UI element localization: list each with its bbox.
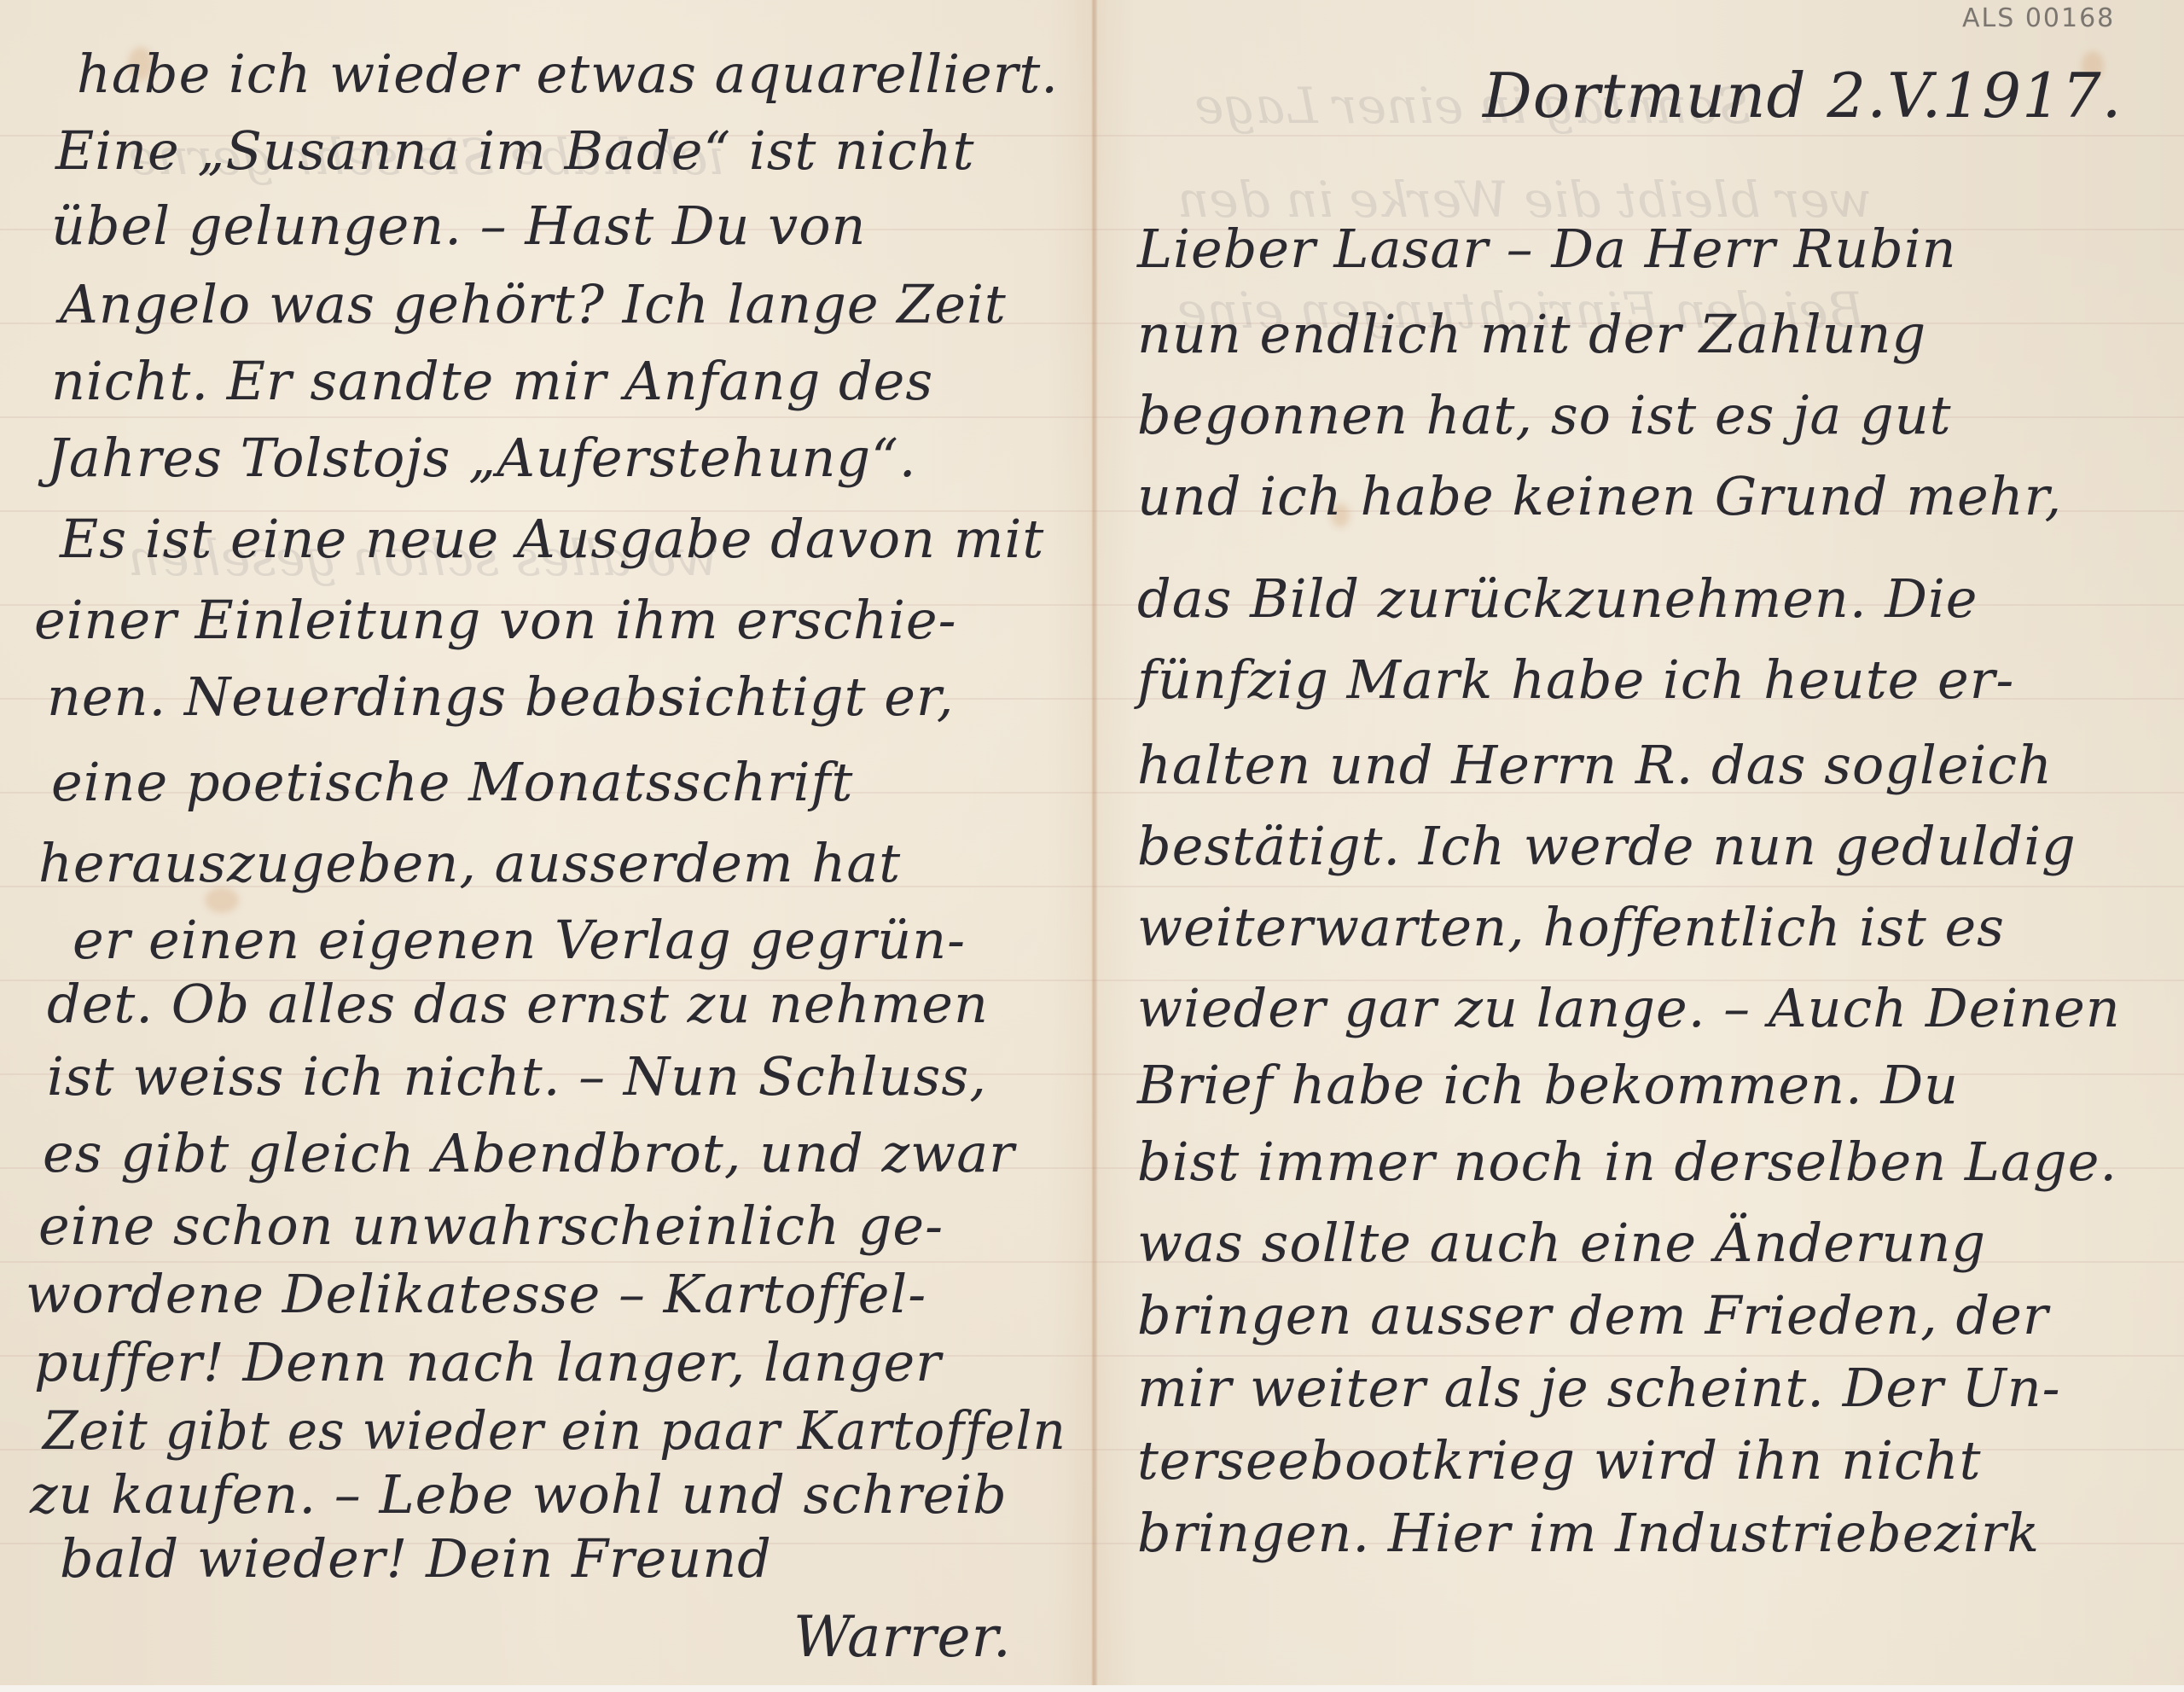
- text-line: Lieber Lasar – Da Herr Rubin: [1137, 218, 1957, 280]
- left-page: habe ich wieder etwas aquarelliert. Eine…: [0, 0, 1092, 1692]
- text-line: mir weiter als je scheint. Der Un-: [1137, 1357, 2061, 1419]
- text-line: Brief habe ich bekommen. Du: [1137, 1054, 1959, 1116]
- text-line: det. Ob alles das ernst zu nehmen: [47, 973, 989, 1035]
- text-line: wordene Delikatesse – Kartoffel-: [26, 1263, 926, 1325]
- text-line: bald wieder! Dein Freund: [60, 1527, 772, 1590]
- text-line: eine schon unwahrscheinlich ge-: [38, 1195, 944, 1257]
- text-line: nicht. Er sandte mir Anfang des: [51, 350, 933, 412]
- text-line: einer Einleitung von ihm erschie-: [34, 589, 957, 651]
- text-line: er einen eigenen Verlag gegrün-: [73, 909, 966, 971]
- text-line: begonnen hat, so ist es ja gut: [1137, 384, 1952, 446]
- text-line: das Bild zurückzunehmen. Die: [1137, 567, 1978, 630]
- signature: Warrer.: [793, 1604, 1012, 1670]
- letter-scan: Sonntag in einer Lage wer bleibt die Wer…: [0, 0, 2184, 1692]
- text-line: was sollte auch eine Änderung: [1137, 1212, 1986, 1274]
- text-line: puffer! Denn nach langer, langer: [34, 1331, 942, 1393]
- text-line: eine poetische Monatsschrift: [51, 751, 853, 813]
- place-date-heading: Dortmund 2.V.1917.: [1483, 60, 2123, 131]
- text-line: nun endlich mit der Zahlung: [1137, 303, 1926, 365]
- text-line: übel gelungen. – Hast Du von: [51, 195, 866, 257]
- text-line: nen. Neuerdings beabsichtigt er,: [47, 666, 954, 728]
- page-fold: [1091, 0, 1098, 1692]
- text-line: terseebootkrieg wird ihn nicht: [1137, 1429, 1982, 1491]
- text-line: Angelo was gehört? Ich lange Zeit: [60, 273, 1007, 335]
- text-line: bist immer noch in derselben Lage.: [1137, 1131, 2117, 1193]
- right-page: Dortmund 2.V.1917. Lieber Lasar – Da Her…: [1099, 0, 2184, 1692]
- text-line: bringen ausser dem Frieden, der: [1137, 1284, 2048, 1346]
- scan-edge: [0, 1685, 2184, 1692]
- text-line: zu kaufen. – Lebe wohl und schreib: [30, 1463, 1008, 1526]
- text-line: ist weiss ich nicht. – Nun Schluss,: [47, 1045, 987, 1108]
- text-line: es gibt gleich Abendbrot, und zwar: [43, 1122, 1015, 1184]
- text-line: bestätigt. Ich werde nun geduldig: [1137, 815, 2077, 877]
- text-line: halten und Herrn R. das sogleich: [1137, 734, 2053, 796]
- text-line: weiterwarten, hoffentlich ist es: [1137, 896, 2005, 958]
- text-line: wieder gar zu lange. – Auch Deinen: [1137, 977, 2121, 1039]
- text-line: Jahres Tolstojs „Auferstehung“.: [47, 427, 917, 489]
- text-line: Es ist eine neue Ausgabe davon mit: [60, 508, 1044, 570]
- text-line: habe ich wieder etwas aquarelliert.: [77, 43, 1059, 105]
- text-line: Eine „Susanna im Bade“ ist nicht: [55, 119, 975, 182]
- text-line: bringen. Hier im Industriebezirk: [1137, 1502, 2040, 1564]
- text-line: fünfzig Mark habe ich heute er-: [1137, 648, 2014, 711]
- text-line: herauszugeben, ausserdem hat: [38, 832, 901, 894]
- text-line: und ich habe keinen Grund mehr,: [1137, 465, 2062, 527]
- text-line: Zeit gibt es wieder ein paar Kartoffeln: [43, 1399, 1066, 1462]
